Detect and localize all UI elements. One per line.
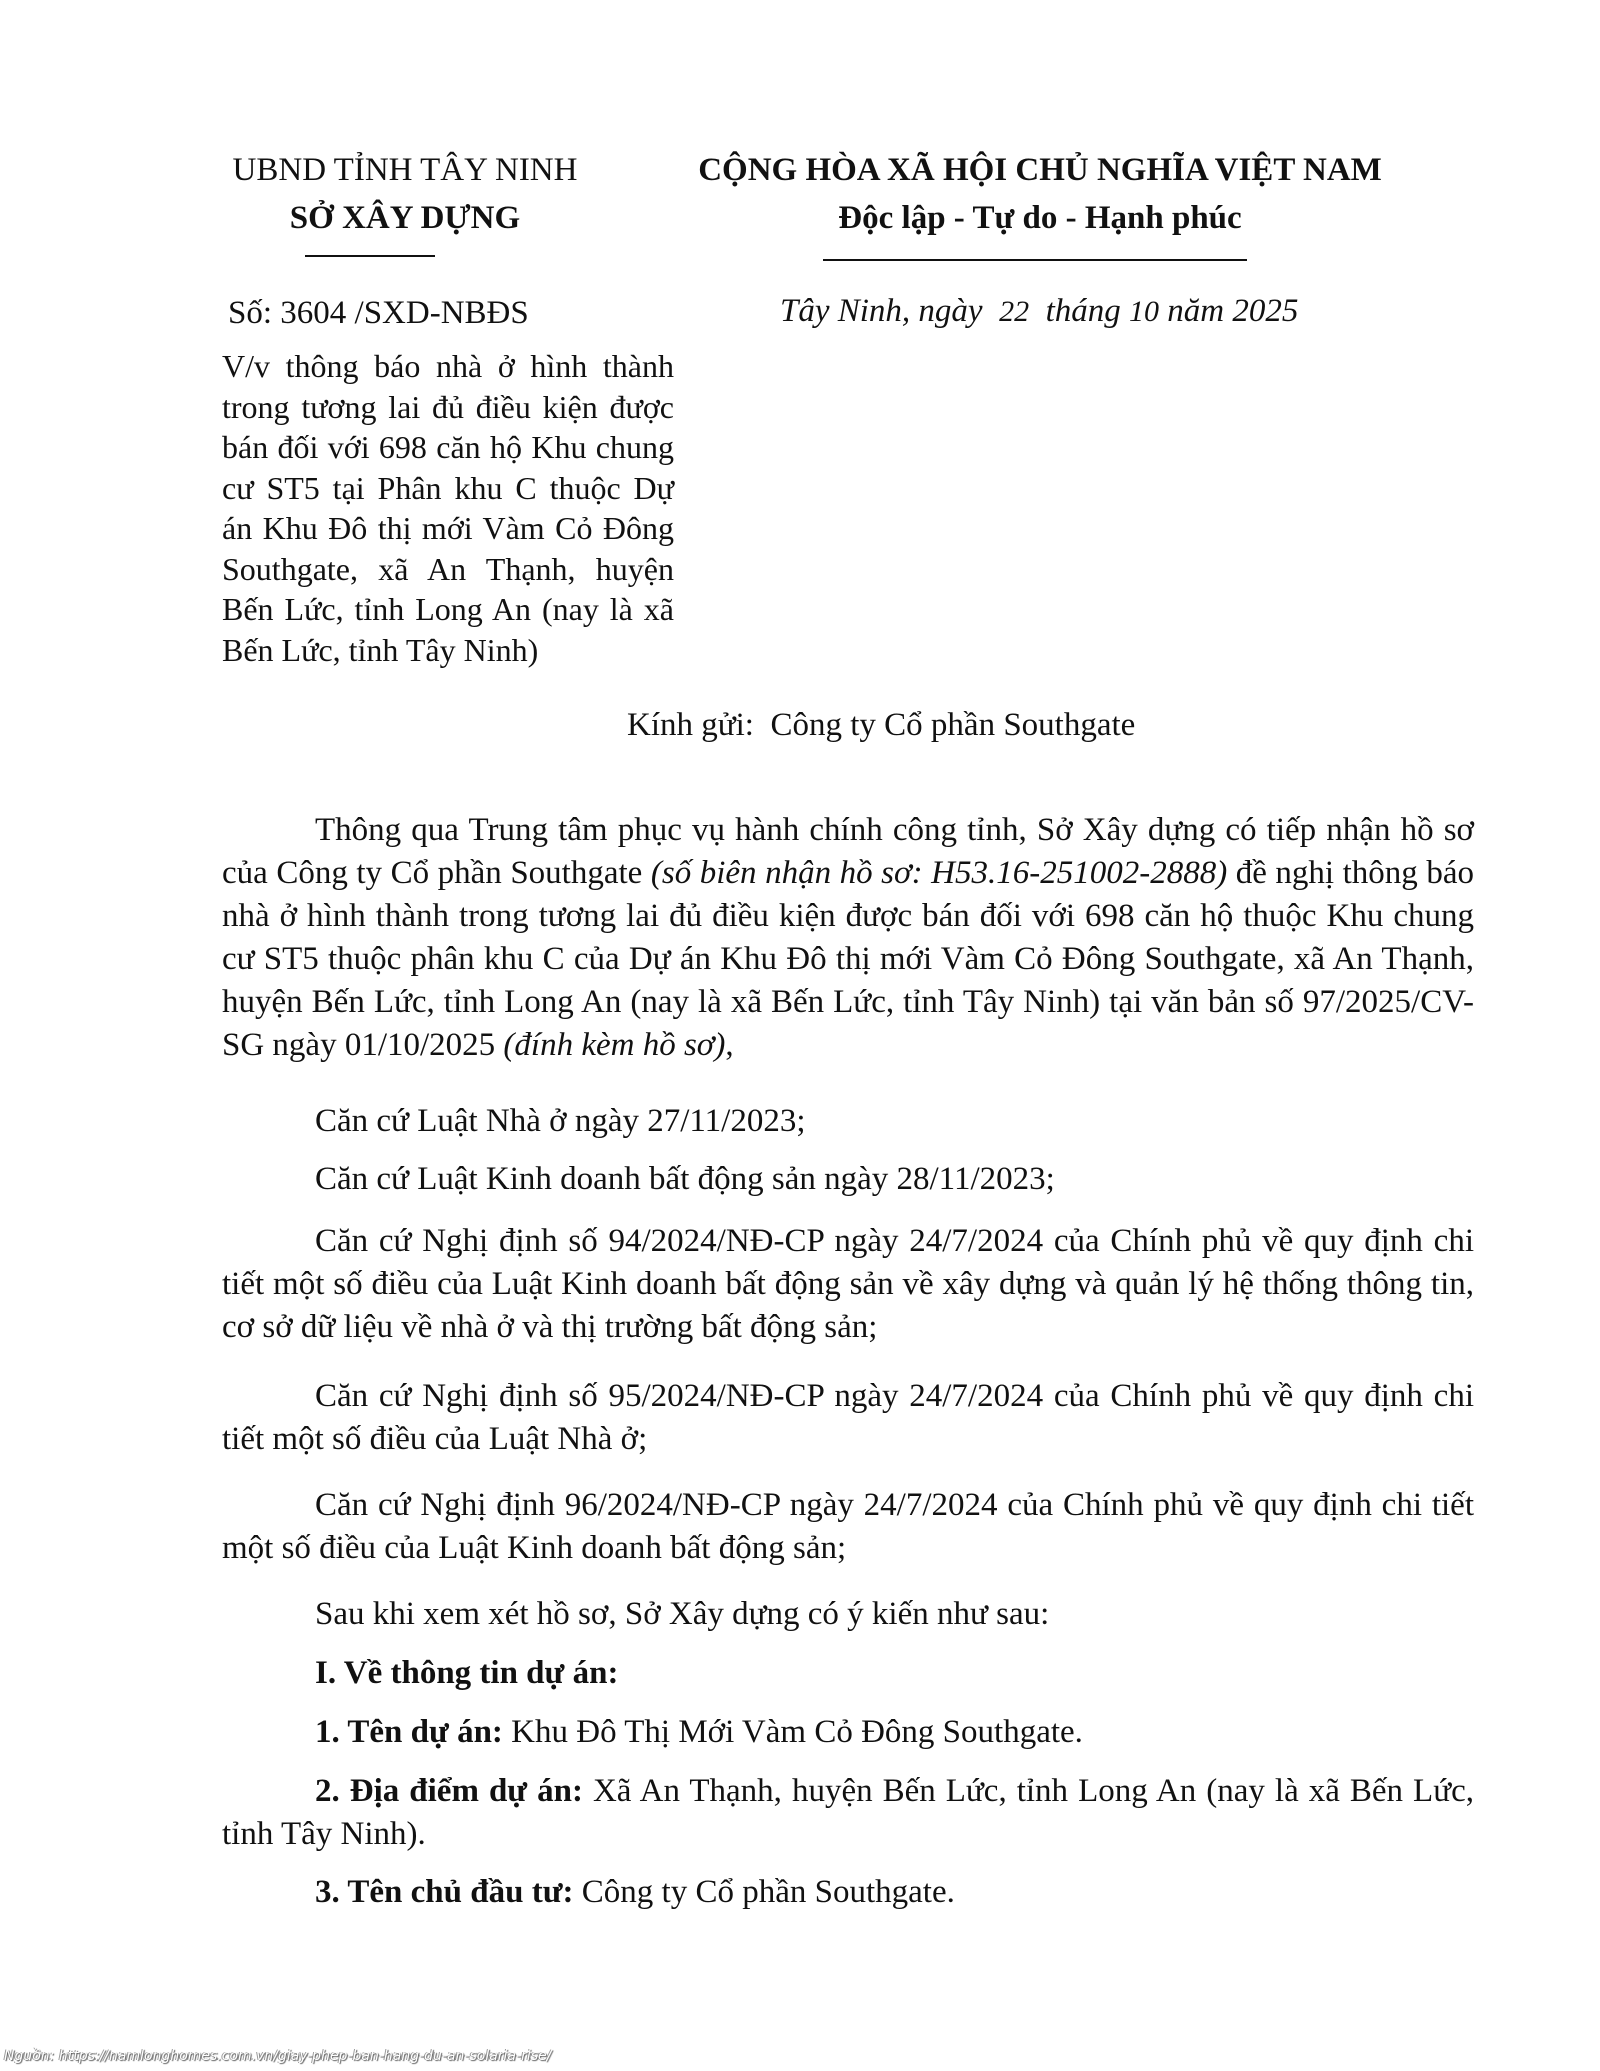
- recipient: Kính gửi: Công ty Cổ phần Southgate: [627, 707, 1135, 744]
- country-name: CỘNG HÒA XÃ HỘI CHỦ NGHĨA VIỆT NAM: [680, 146, 1400, 194]
- number-value: 3604: [280, 295, 346, 331]
- subject-summary: V/v thông báo nhà ở hình thành trong tươ…: [222, 346, 674, 670]
- date-day: 22: [999, 295, 1029, 328]
- item-label: 2. Địa điểm dự án:: [315, 1773, 583, 1809]
- recipient-name: Công ty Cổ phần Southgate: [770, 707, 1135, 743]
- issuing-authority: UBND TỈNH TÂY NINH: [200, 146, 610, 194]
- date-month-label: tháng: [1046, 293, 1121, 329]
- legal-basis-housing-law: Căn cứ Luật Nhà ở ngày 27/11/2023;: [315, 1100, 806, 1143]
- national-motto: Độc lập - Tự do - Hạnh phúc: [680, 194, 1400, 242]
- date-year: năm 2025: [1167, 293, 1298, 329]
- intro-paragraph: Thông qua Trung tâm phục vụ hành chính c…: [222, 809, 1474, 1067]
- item-label: 1. Tên dự án:: [315, 1714, 503, 1750]
- opinion-intro: Sau khi xem xét hồ sơ, Sở Xây dựng có ý …: [315, 1593, 1049, 1636]
- legal-basis-decree-95: Căn cứ Nghị định số 95/2024/NĐ-CP ngày 2…: [222, 1375, 1474, 1461]
- document-number: Số: 3604 /SXD-NBĐS: [228, 295, 529, 332]
- department-underline: [305, 255, 435, 257]
- project-name-item: 1. Tên dự án: Khu Đô Thị Mới Vàm Cỏ Đông…: [315, 1711, 1083, 1754]
- issuing-department: SỞ XÂY DỰNG: [200, 194, 610, 242]
- attachment-note: (đính kèm hồ sơ): [503, 1027, 725, 1063]
- legal-basis-real-estate-law: Căn cứ Luật Kinh doanh bất động sản ngày…: [315, 1158, 1055, 1201]
- legal-basis-decree-96: Căn cứ Nghị định 96/2024/NĐ-CP ngày 24/7…: [222, 1484, 1474, 1570]
- investor-item: 3. Tên chủ đầu tư: Công ty Cổ phần South…: [315, 1871, 955, 1914]
- receipt-number: (số biên nhận hồ sơ: H53.16-251002-2888): [651, 855, 1227, 891]
- item-value: Công ty Cổ phần Southgate.: [574, 1874, 955, 1910]
- source-watermark: Nguồn: https://namlonghomes.com.vn/giay-…: [4, 2048, 551, 2064]
- number-label: Số:: [228, 295, 272, 331]
- section-heading-project-info: I. Về thông tin dự án:: [315, 1652, 618, 1695]
- issue-date: Tây Ninh, ngày 22 tháng 10 năm 2025: [780, 293, 1298, 330]
- motto-underline: [823, 259, 1247, 261]
- date-month: 10: [1129, 295, 1159, 328]
- recipient-label: Kính gửi:: [627, 707, 754, 743]
- item-value: Khu Đô Thị Mới Vàm Cỏ Đông Southgate.: [503, 1714, 1083, 1750]
- intro-end: ,: [725, 1027, 733, 1063]
- project-location-item: 2. Địa điểm dự án: Xã An Thạnh, huyện Bế…: [222, 1770, 1474, 1856]
- number-suffix: /SXD-NBĐS: [355, 295, 529, 331]
- legal-basis-decree-94: Căn cứ Nghị định số 94/2024/NĐ-CP ngày 2…: [222, 1220, 1474, 1349]
- item-label: 3. Tên chủ đầu tư:: [315, 1874, 574, 1910]
- date-place: Tây Ninh, ngày: [780, 293, 983, 329]
